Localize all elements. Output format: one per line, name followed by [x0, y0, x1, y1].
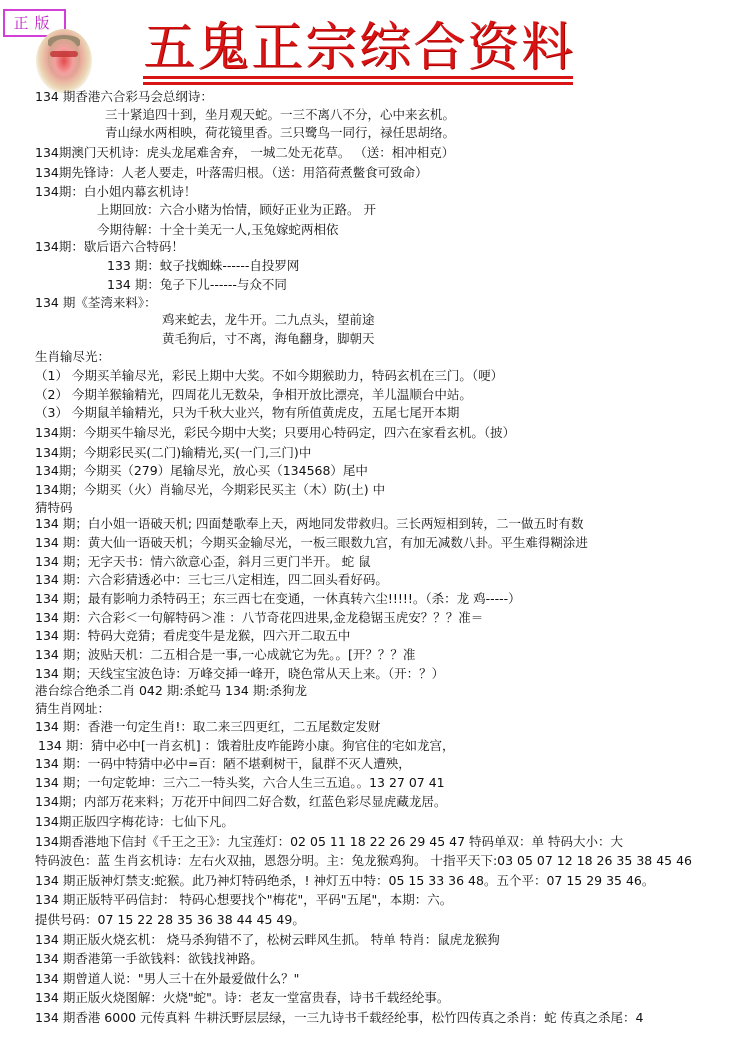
text-line: 今期待解：十全十美无一人,玉兔嫁蛇两相依 [97, 222, 338, 238]
text-line: 134期先锋诗：人老人要走，叶落需归根。（送：用箔荷煮鳖食可致命） [35, 165, 428, 181]
text-line: 上期回放：六合小赌为怡情，顾好正业为正路。 开 [97, 202, 376, 218]
text-line: 黄毛狗后，寸不离，海龟翻身，脚朝天 [162, 331, 375, 347]
text-line: 133 期：蚊子找蜘蛛------自投罗网 [107, 258, 299, 274]
text-line: 134 期香港六合彩马会总纲诗： [35, 89, 213, 105]
text-line: 134 期：六合彩猜透必中：三七三八定相连，四二回头看好码。 [35, 572, 388, 588]
text-line: 港台综合绝杀二肖 042 期:杀蛇马 134 期:杀狗龙 [35, 683, 307, 699]
text-line: 猜生肖网址： [35, 701, 110, 717]
text-line: 134期；内部万花来料；万花开中间四二好合数，红蓝色彩尽显虎藏龙居。 [35, 794, 446, 810]
text-line: 134 期香港第一手欲钱料：欲钱找神路。 [35, 951, 263, 967]
text-line: 134期澳门天机诗：虎头龙尾难舍弃， 一城二处无花草。 （送：相冲相克） [35, 145, 454, 161]
page-title-block: 五鬼正宗综合资料 [143, 20, 575, 82]
text-line: 134 期；波贴天机：二五相合是一事,一心成就它为先。。[开？？？准 [35, 647, 415, 663]
text-line: 134 期；最有影响力杀特码王；东三西七在变通，一休真转六尘!!!!!。（杀：龙… [35, 591, 521, 607]
text-line: 猜特码 [35, 500, 73, 516]
text-line: 134 期；天线宝宝波色诗：万峰交揷一峰开，晓色常从天上来。（开：？） [35, 666, 444, 682]
text-line: 134 期香港 6000 元传真料 牛耕沃野层层绿，一三九诗书千载经纶事，松竹四… [35, 1010, 644, 1026]
text-line: 134 期：六合彩＜一句解特码＞准 ：八节奇花四进果,金龙稳锯玉虎安？？？准＝ [35, 610, 483, 626]
text-line: 134期；今期买（279）尾输尽光，放心买（134568）尾中 [35, 463, 368, 479]
text-line: 提供号码：07 15 22 28 35 36 38 44 45 49。 [35, 912, 305, 928]
text-line: 134 期《荃湾来料》： [35, 295, 157, 311]
text-line: （3） 今期鼠羊输精光，只为千秋大业兴，物有所值黄虎皮，五尾七尾开本期 [35, 405, 459, 421]
avatar [36, 29, 92, 93]
text-line: 134 期；一句定乾坤：三六二一特头奖，六合人生三五追。。13 27 07 41 [35, 775, 445, 791]
text-line: 134 期正版神灯禁支:蛇猴。此乃神灯特码绝杀，! 神灯五中特：05 15 33… [35, 873, 654, 889]
text-line: 134 期；无字天书：情六欲意心歪，斜月三更门半开。 蛇 鼠 [35, 554, 371, 570]
avatar-glasses [50, 51, 78, 57]
text-line: 134期香港地下信封《千王之王》：九宝莲灯：02 05 11 18 22 26 … [35, 834, 623, 850]
page-title: 五鬼正宗综合资料 [143, 20, 575, 76]
text-line: 134 期：黄大仙一语破天机；今期买金输尽光，一板三眼数九宫，有加无减数八卦。平… [35, 535, 588, 551]
text-line: 青山绿水两相映，荷花镜里香。三只鹭鸟一同行，禄任思胡络。 [105, 125, 455, 141]
text-line: 134 期：兔子下儿------与众不同 [107, 277, 287, 293]
avatar-face [48, 39, 80, 79]
text-line: 134期；今期买（火）肖输尽光，今期彩民买主（木）防(土) 中 [35, 482, 385, 498]
text-line: 134期：白小姐内幕玄机诗！ [35, 184, 196, 200]
text-line: 134 期：特码大竞猜；看虎变牛是龙猴，四六开二取五中 [35, 628, 350, 644]
title-underline-top [143, 76, 573, 79]
text-line: 134期：今期买牛输尽光，彩民今期中大奖；只要用心特码定，四六在家看玄机。（披） [35, 425, 515, 441]
text-line: 134 期；白小姐一语破天机; 四面楚歌奉上天，两地同发带救归。三长两短相到转，… [35, 516, 584, 532]
text-line: 134 期正版特平码信封： 特码心想要找个"梅花"，平码"五尾"，本期：六。 [35, 892, 452, 908]
text-line: 134 期正版火烧玄机： 烧马杀狗错不了，松树云畔风生抓。 特单 特肖：鼠虎龙猴… [35, 932, 500, 948]
title-underline-bottom [143, 82, 573, 85]
text-line: 特码波色：蓝 生肖玄机诗：左右火双抽，恩怨分明。主：兔龙猴鸡狗。 十指平天下:0… [35, 853, 692, 869]
text-line: 134 期正版火烧图解：火烧"蛇"。诗：老友一堂富贵春，诗书千载经纶事。 [35, 990, 449, 1006]
text-line: 134期；今期彩民买(二门)输精光,买(一门,三门)中 [35, 445, 311, 461]
text-line: 鸡来蛇去，龙牛开。二九点头，望前途 [162, 312, 375, 328]
text-line: 134期：歇后语六合特码！ [35, 239, 184, 255]
text-line: 三十紧追四十到，坐月观天蛇。一三不离八不分，心中来玄机。 [105, 107, 455, 123]
text-line: 生肖输尽光： [35, 349, 110, 365]
text-line: （2） 今期羊猴输精光，四周花儿无数朵，争相开放比漂亮，羊儿温顺台中站。 [35, 387, 472, 403]
text-line: 134 期曾道人说："男人三十在外最爱做什么？" [35, 971, 299, 987]
text-line: （1） 今期买羊输尽光，彩民上期中大奖。不如今期猴助力，特码玄机在三门。（哽） [35, 368, 503, 384]
text-line: 134 期：一码中特猜中必中=百：陋不堪剩树干，鼠群不灭人遭殃， [35, 756, 411, 772]
text-line: 134期正版四字梅花诗：七仙下凡。 [35, 814, 234, 830]
text-line: 134 期：香港一句定生肖!：取二来三四更红，二五尾数定发财 [35, 719, 380, 735]
text-line: 134 期：猜中必中[一肖玄机] ：饿着肚皮咋能跨小康。狗官住的宅如龙宫， [38, 738, 455, 754]
